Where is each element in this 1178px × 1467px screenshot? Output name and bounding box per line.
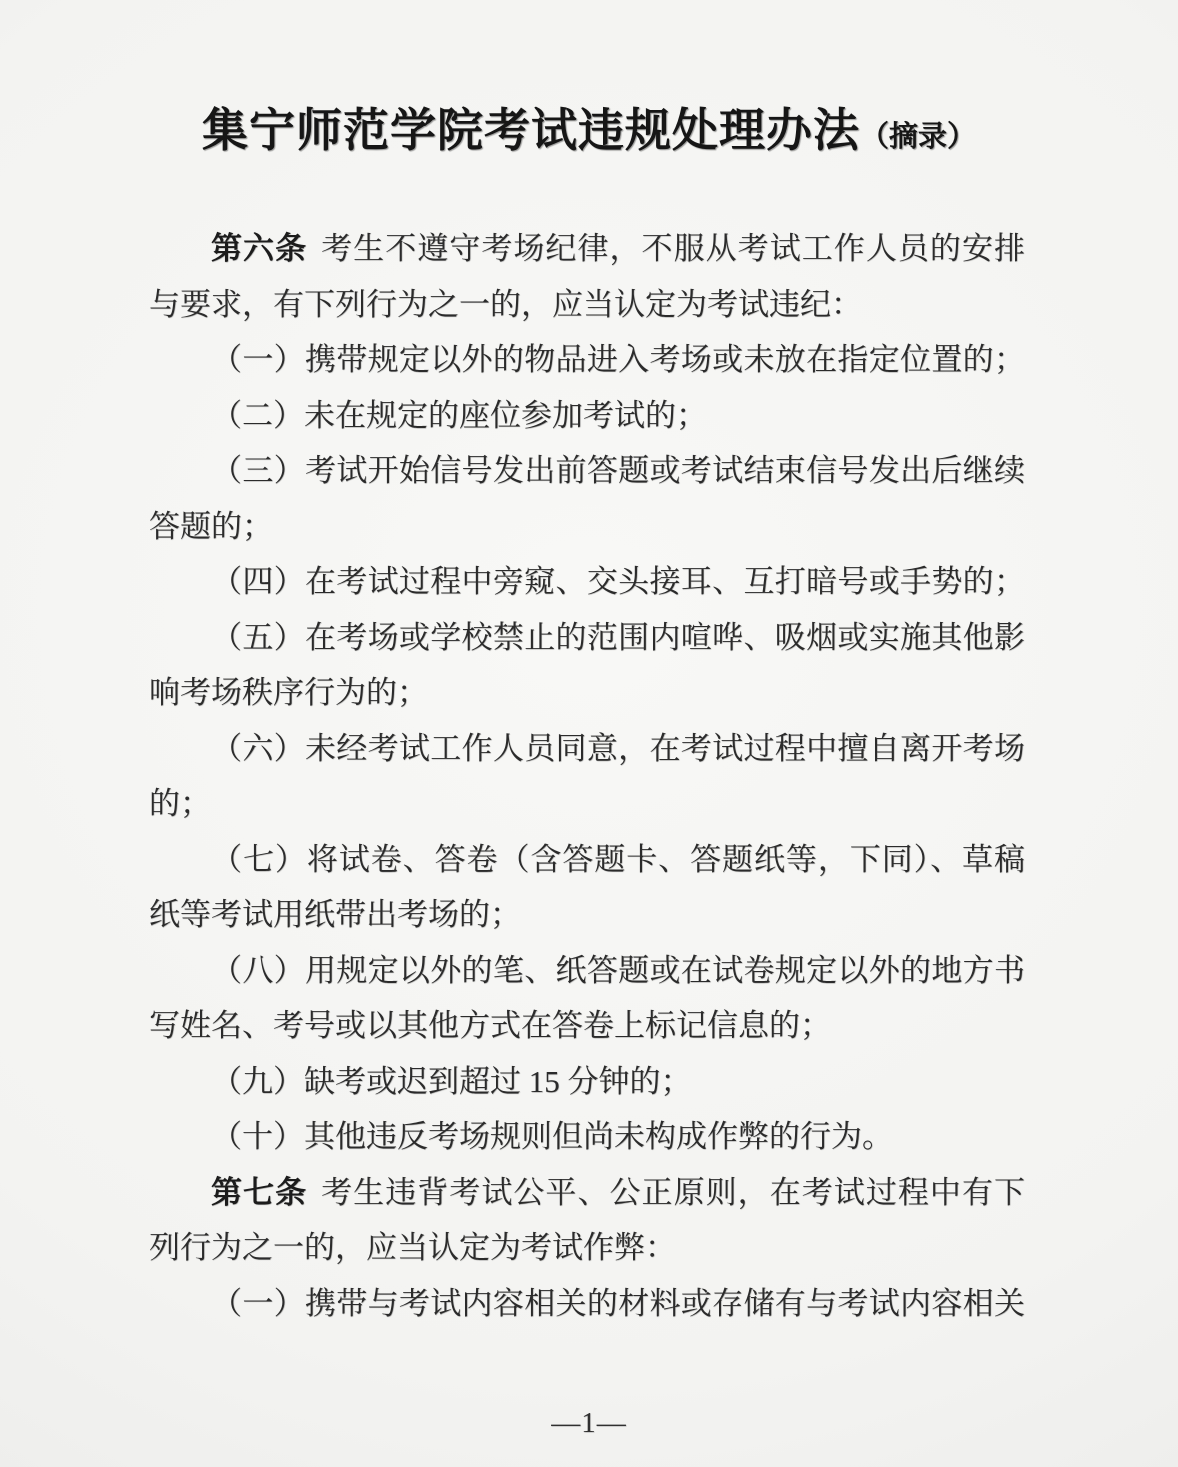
line-text: 考生不遵守考场纪律，不服从考试工作人员的安排 — [321, 231, 1025, 266]
text-line: 第七条考生违背考试公平、公正原则，在考试过程中有下 — [149, 1165, 1025, 1221]
document-page: 集宁师范学院考试违规处理办法（摘录） 第六条考生不遵守考场纪律，不服从考试工作人… — [0, 0, 1178, 1467]
line-text: （四）在考试过程中旁窥、交头接耳、互打暗号或手势的； — [211, 564, 1025, 599]
text-line: （十）其他违反考场规则但尚未构成作弊的行为。 — [149, 1109, 1025, 1165]
text-line: （四）在考试过程中旁窥、交头接耳、互打暗号或手势的； — [149, 554, 1025, 610]
line-text: 纸等考试用纸带出考场的； — [149, 897, 521, 932]
line-text: （十）其他违反考场规则但尚未构成作弊的行为。 — [211, 1119, 893, 1154]
text-line: （七）将试卷、答卷（含答题卡、答题纸等，下同）、草稿 — [149, 832, 1025, 888]
line-text: 与要求，有下列行为之一的，应当认定为考试违纪： — [149, 287, 862, 322]
article-number: 第七条 — [211, 1175, 307, 1210]
line-text: （七）将试卷、答卷（含答题卡、答题纸等，下同）、草稿 — [211, 842, 1025, 877]
text-line: 第六条考生不遵守考场纪律，不服从考试工作人员的安排 — [149, 221, 1025, 277]
text-line: （三）考试开始信号发出前答题或考试结束信号发出后继续 — [149, 443, 1025, 499]
text-line: （九）缺考或迟到超过 15 分钟的； — [149, 1054, 1025, 1110]
text-line: 答题的； — [149, 499, 1025, 555]
line-text: （一）携带与考试内容相关的材料或存储有与考试内容相关 — [211, 1286, 1025, 1321]
text-line: 与要求，有下列行为之一的，应当认定为考试违纪： — [149, 277, 1025, 333]
title-suffix: （摘录） — [860, 121, 976, 153]
line-text: （三）考试开始信号发出前答题或考试结束信号发出后继续 — [211, 453, 1025, 488]
text-line: （六）未经考试工作人员同意，在考试过程中擅自离开考场 — [149, 721, 1025, 777]
text-line: （一）携带与考试内容相关的材料或存储有与考试内容相关 — [149, 1276, 1025, 1332]
line-text: （一）携带规定以外的物品进入考场或未放在指定位置的； — [211, 342, 1025, 377]
line-text: 的； — [149, 786, 211, 821]
article-number: 第六条 — [211, 231, 307, 266]
line-text: （六）未经考试工作人员同意，在考试过程中擅自离开考场 — [211, 731, 1025, 766]
line-text: 考生违背考试公平、公正原则，在考试过程中有下 — [321, 1175, 1025, 1210]
text-line: 的； — [149, 776, 1025, 832]
text-line: （八）用规定以外的笔、纸答题或在试卷规定以外的地方书 — [149, 943, 1025, 999]
text-line: 响考场秩序行为的； — [149, 665, 1025, 721]
text-line: 写姓名、考号或以其他方式在答卷上标记信息的； — [149, 998, 1025, 1054]
text-line: （二）未在规定的座位参加考试的； — [149, 388, 1025, 444]
text-line: 纸等考试用纸带出考场的； — [149, 887, 1025, 943]
title-main: 集宁师范学院考试违规处理办法 — [202, 104, 860, 156]
line-text: 列行为之一的，应当认定为考试作弊： — [149, 1230, 676, 1265]
line-text: （八）用规定以外的笔、纸答题或在试卷规定以外的地方书 — [211, 953, 1025, 988]
text-line: （五）在考场或学校禁止的范围内喧哗、吸烟或实施其他影 — [149, 610, 1025, 666]
page-number: —1— — [0, 1407, 1178, 1440]
line-text: 写姓名、考号或以其他方式在答卷上标记信息的； — [149, 1008, 831, 1043]
document-title: 集宁师范学院考试违规处理办法（摘录） — [0, 98, 1178, 169]
line-text: （九）缺考或迟到超过 15 分钟的； — [211, 1064, 692, 1099]
text-line: 列行为之一的，应当认定为考试作弊： — [149, 1220, 1025, 1276]
document-body: 第六条考生不遵守考场纪律，不服从考试工作人员的安排与要求，有下列行为之一的，应当… — [149, 221, 1025, 1331]
text-line: （一）携带规定以外的物品进入考场或未放在指定位置的； — [149, 332, 1025, 388]
line-text: 答题的； — [149, 509, 273, 544]
line-text: （五）在考场或学校禁止的范围内喧哗、吸烟或实施其他影 — [211, 620, 1025, 655]
line-text: （二）未在规定的座位参加考试的； — [211, 398, 707, 433]
line-text: 响考场秩序行为的； — [149, 675, 428, 710]
